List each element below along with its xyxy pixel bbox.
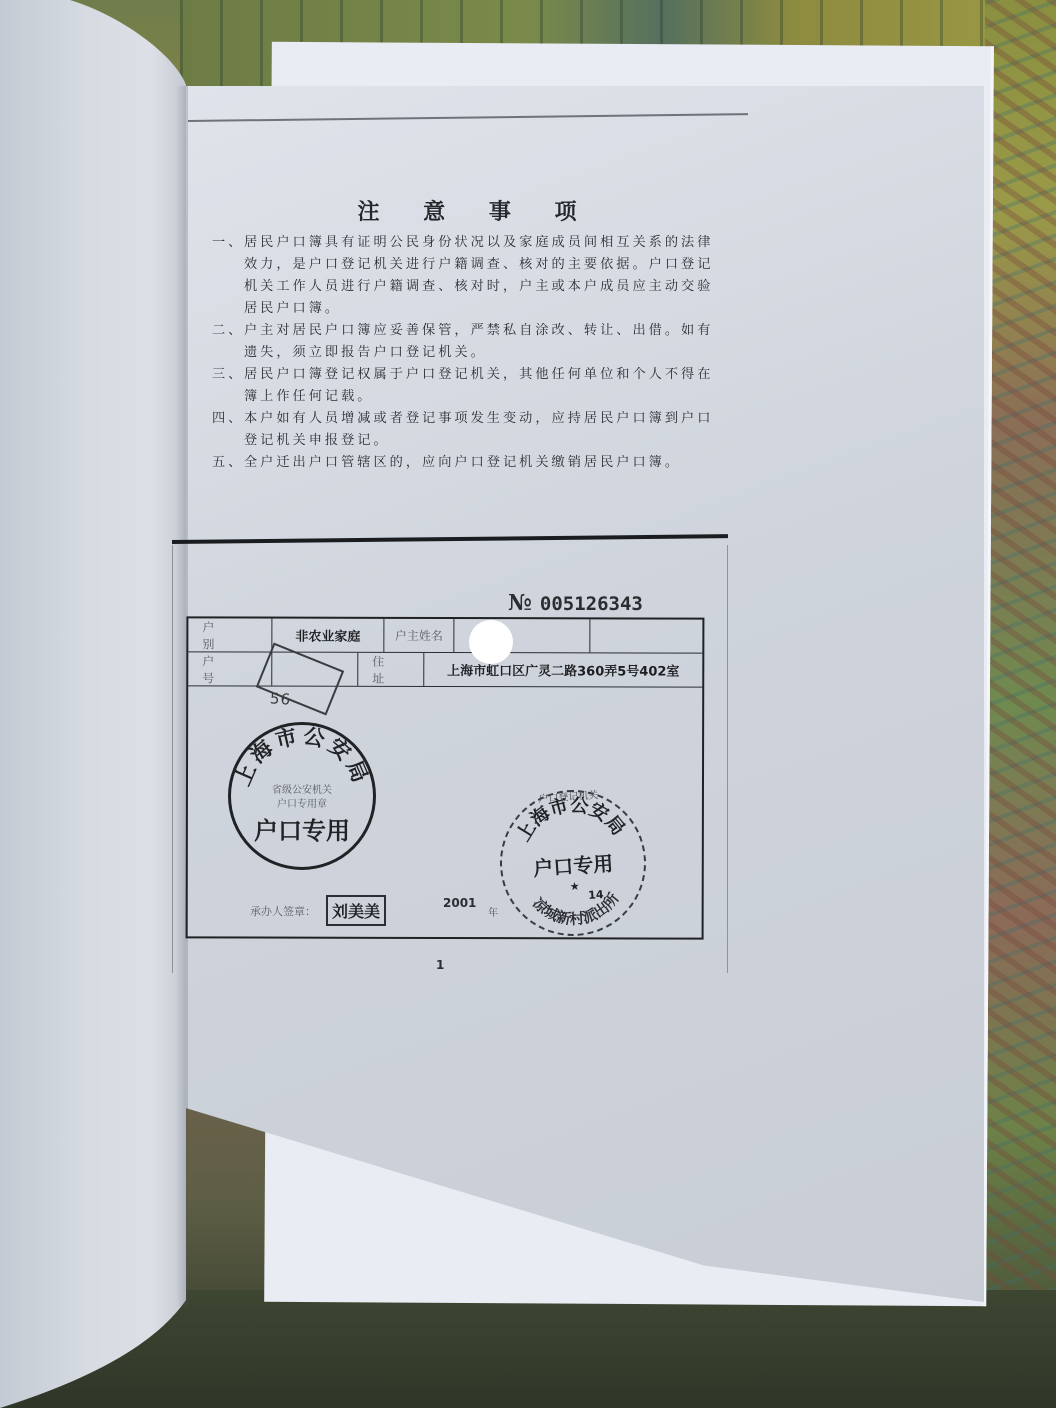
signer-row: 承办人签章： 刘美美 <box>250 895 386 926</box>
form-row-household: 户 别 非农业家庭 户主姓名 陈 <box>188 618 702 653</box>
map-background-right <box>985 0 1056 1408</box>
notice-item-number: 二、 <box>212 320 244 364</box>
notice-item-number: 五、 <box>212 452 244 474</box>
notice-item-text: 居民户口簿具有证明公民身份状况以及家庭成员间相互关系的法律效力，是户口登记机关进… <box>244 232 722 320</box>
notice-item-text: 居民户口簿登记权属于户口登记机关，其他任何单位和个人不得在簿上作任何记载。 <box>244 364 722 408</box>
head-name-label: 户主姓名 <box>384 619 454 652</box>
svg-text:上海市公安局: 上海市公安局 <box>231 725 373 789</box>
notice-item-text: 全户迁出户口管辖区的，应向户口登记机关缴销居民户口簿。 <box>244 452 722 474</box>
svg-text:上海市公安局: 上海市公安局 <box>509 790 629 847</box>
notice-item: 二、 户主对居民户口簿应妥善保管，严禁私自涂改、转让、出借。如有遗失，须立即报告… <box>212 320 722 364</box>
notice-section: 注 意 事 项 一、 居民户口簿具有证明公民身份状况以及家庭成员间相互关系的法律… <box>212 195 722 474</box>
redaction-dot <box>469 620 513 664</box>
seal-mid-text: 户口专用章 <box>231 795 373 810</box>
empty-cell <box>590 619 702 652</box>
serial-prefix: № <box>508 590 532 616</box>
public-security-seal-left: 上海市公安局 省级公安机关 户口专用章 户口专用 <box>228 722 376 870</box>
notice-item-text: 户主对居民户口簿应妥善保管，严禁私自涂改、转让、出借。如有遗失，须立即报告户口登… <box>244 320 722 364</box>
notice-item-number: 一、 <box>212 232 244 320</box>
left-page <box>0 0 190 1408</box>
page-number: 1 <box>436 958 444 972</box>
notice-item: 三、 居民户口簿登记权属于户口登记机关，其他任何单位和个人不得在簿上作任何记载。 <box>212 364 722 408</box>
issue-year-unit: 年 <box>488 904 498 919</box>
household-type-label: 户 别 <box>188 618 272 651</box>
address-label: 住 址 <box>358 653 424 686</box>
police-station-seal-right: 户口登记机关 上海市公安局 凉城新村派出所 户口专用 ★ 14 <box>495 785 651 941</box>
signer-name-stamp: 刘美美 <box>326 895 386 926</box>
seal-date-day: 14 <box>588 888 604 902</box>
household-number-stamp-text: 56 <box>269 689 291 708</box>
notice-item: 四、 本户如有人员增减或者登记事项发生变动，应持居民户口簿到户口登记机关申报登记… <box>212 408 722 452</box>
signer-label: 承办人签章： <box>250 903 316 919</box>
notice-item-number: 三、 <box>212 364 244 408</box>
notice-item: 一、 居民户口簿具有证明公民身份状况以及家庭成员间相互关系的法律效力，是户口登记… <box>212 232 722 320</box>
notice-item: 五、 全户迁出户口管辖区的，应向户口登记机关缴销居民户口簿。 <box>212 452 722 474</box>
serial-number: №005126343 <box>508 590 643 616</box>
seal-mid-text: 省级公安机关 <box>231 781 373 796</box>
notice-title: 注 意 事 项 <box>212 195 722 226</box>
issue-year: 2001 <box>443 896 476 910</box>
serial-value: 005126343 <box>540 593 643 615</box>
seal-center-text: 户口专用 <box>231 811 373 846</box>
notice-item-number: 四、 <box>212 408 244 452</box>
address-value: 上海市虹口区广灵二路360弄5号402室 <box>424 653 702 687</box>
household-type-value: 非农业家庭 <box>272 619 384 652</box>
notice-item-text: 本户如有人员增减或者登记事项发生变动，应持居民户口簿到户口登记机关申报登记。 <box>244 408 722 452</box>
